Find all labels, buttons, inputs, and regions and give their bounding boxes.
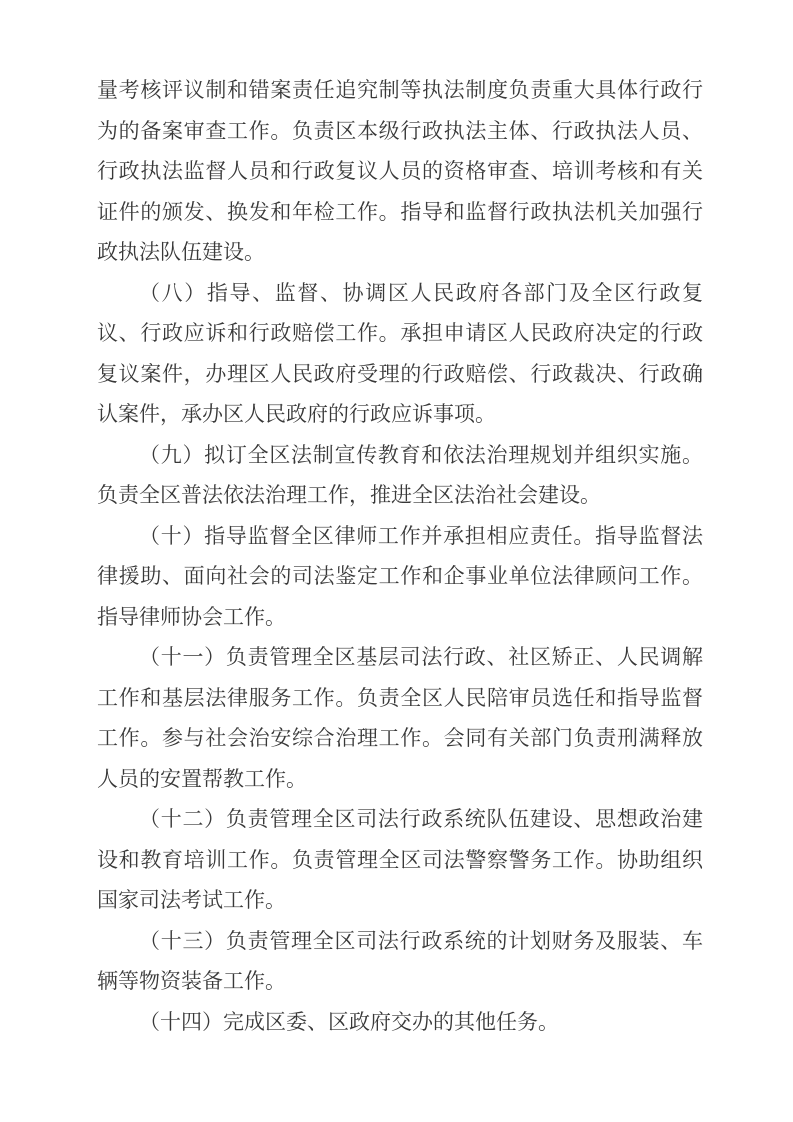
document-page: 量考核评议制和错案责任追究制等执法制度负责重大具体行政行为的备案审查工作。负责区… — [0, 0, 793, 1122]
paragraph-item-11: （十一）负责管理全区基层司法行政、社区矫正、人民调解工作和基层法律服务工作。负责… — [97, 637, 703, 799]
paragraph-item-9: （九）拟订全区法制宣传教育和依法治理规划并组织实施。负责全区普法依法治理工作，推… — [97, 435, 703, 516]
paragraph-item-12: （十二）负责管理全区司法行政系统队伍建设、思想政治建设和教育培训工作。负责管理全… — [97, 799, 703, 921]
paragraph-item-13: （十三）负责管理全区司法行政系统的计划财务及服装、车辆等物资装备工作。 — [97, 921, 703, 1002]
document-body: 量考核评议制和错案责任追究制等执法制度负责重大具体行政行为的备案审查工作。负责区… — [97, 70, 703, 1042]
paragraph-item-10: （十）指导监督全区律师工作并承担相应责任。指导监督法律援助、面向社会的司法鉴定工… — [97, 516, 703, 638]
paragraph-item-14: （十四）完成区委、区政府交办的其他任务。 — [97, 1002, 703, 1043]
paragraph-item-8: （八）指导、监督、协调区人民政府各部门及全区行政复议、行政应诉和行政赔偿工作。承… — [97, 273, 703, 435]
paragraph-continuation: 量考核评议制和错案责任追究制等执法制度负责重大具体行政行为的备案审查工作。负责区… — [97, 70, 703, 273]
